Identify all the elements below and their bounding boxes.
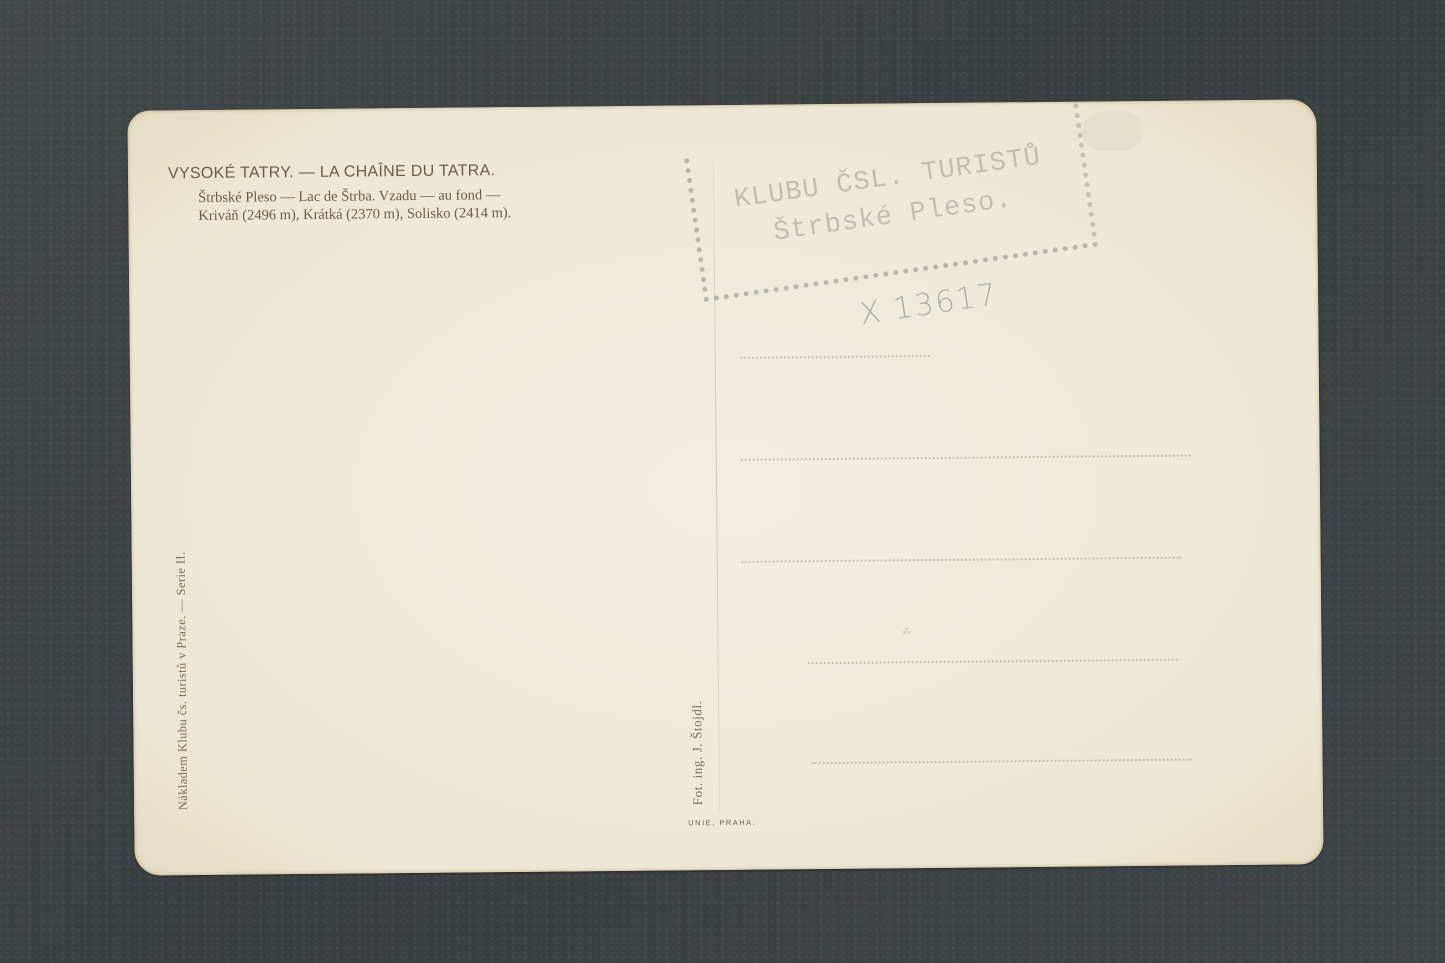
address-line-4	[808, 659, 1178, 665]
address-line-2	[741, 455, 1191, 461]
address-line-3	[742, 557, 1182, 563]
printer-credit: UNIE, PRAHA.	[688, 818, 756, 828]
paper-smudge	[1082, 111, 1142, 152]
postcard-back: VYSOKÉ TATRY. — LA CHAÎNE DU TATRA. Štrb…	[127, 99, 1323, 875]
photographer-credit: Fot. ing. J. Štojdl.	[689, 700, 706, 805]
caption-line-2: Kriváň (2496 m), Krátká (2370 m), Solisk…	[198, 205, 511, 225]
pencil-inventory-number: X 13617	[857, 277, 1000, 332]
caption-title: VYSOKÉ TATRY. — LA CHAÎNE DU TATRA.	[168, 162, 495, 183]
address-line-5	[812, 759, 1192, 765]
address-line-1	[740, 355, 930, 359]
caption-line-1: Štrbské Pleso — Lac de Štrba. Vzadu — au…	[198, 187, 500, 207]
club-stamp: KLUBU ČSL. TURISTŮ Štrbské Pleso.	[684, 103, 1098, 302]
publisher-credit: Nákladem Klubu čs. turistů v Praze. — Se…	[174, 551, 191, 810]
faint-ink-mark: ⁂	[902, 626, 911, 637]
